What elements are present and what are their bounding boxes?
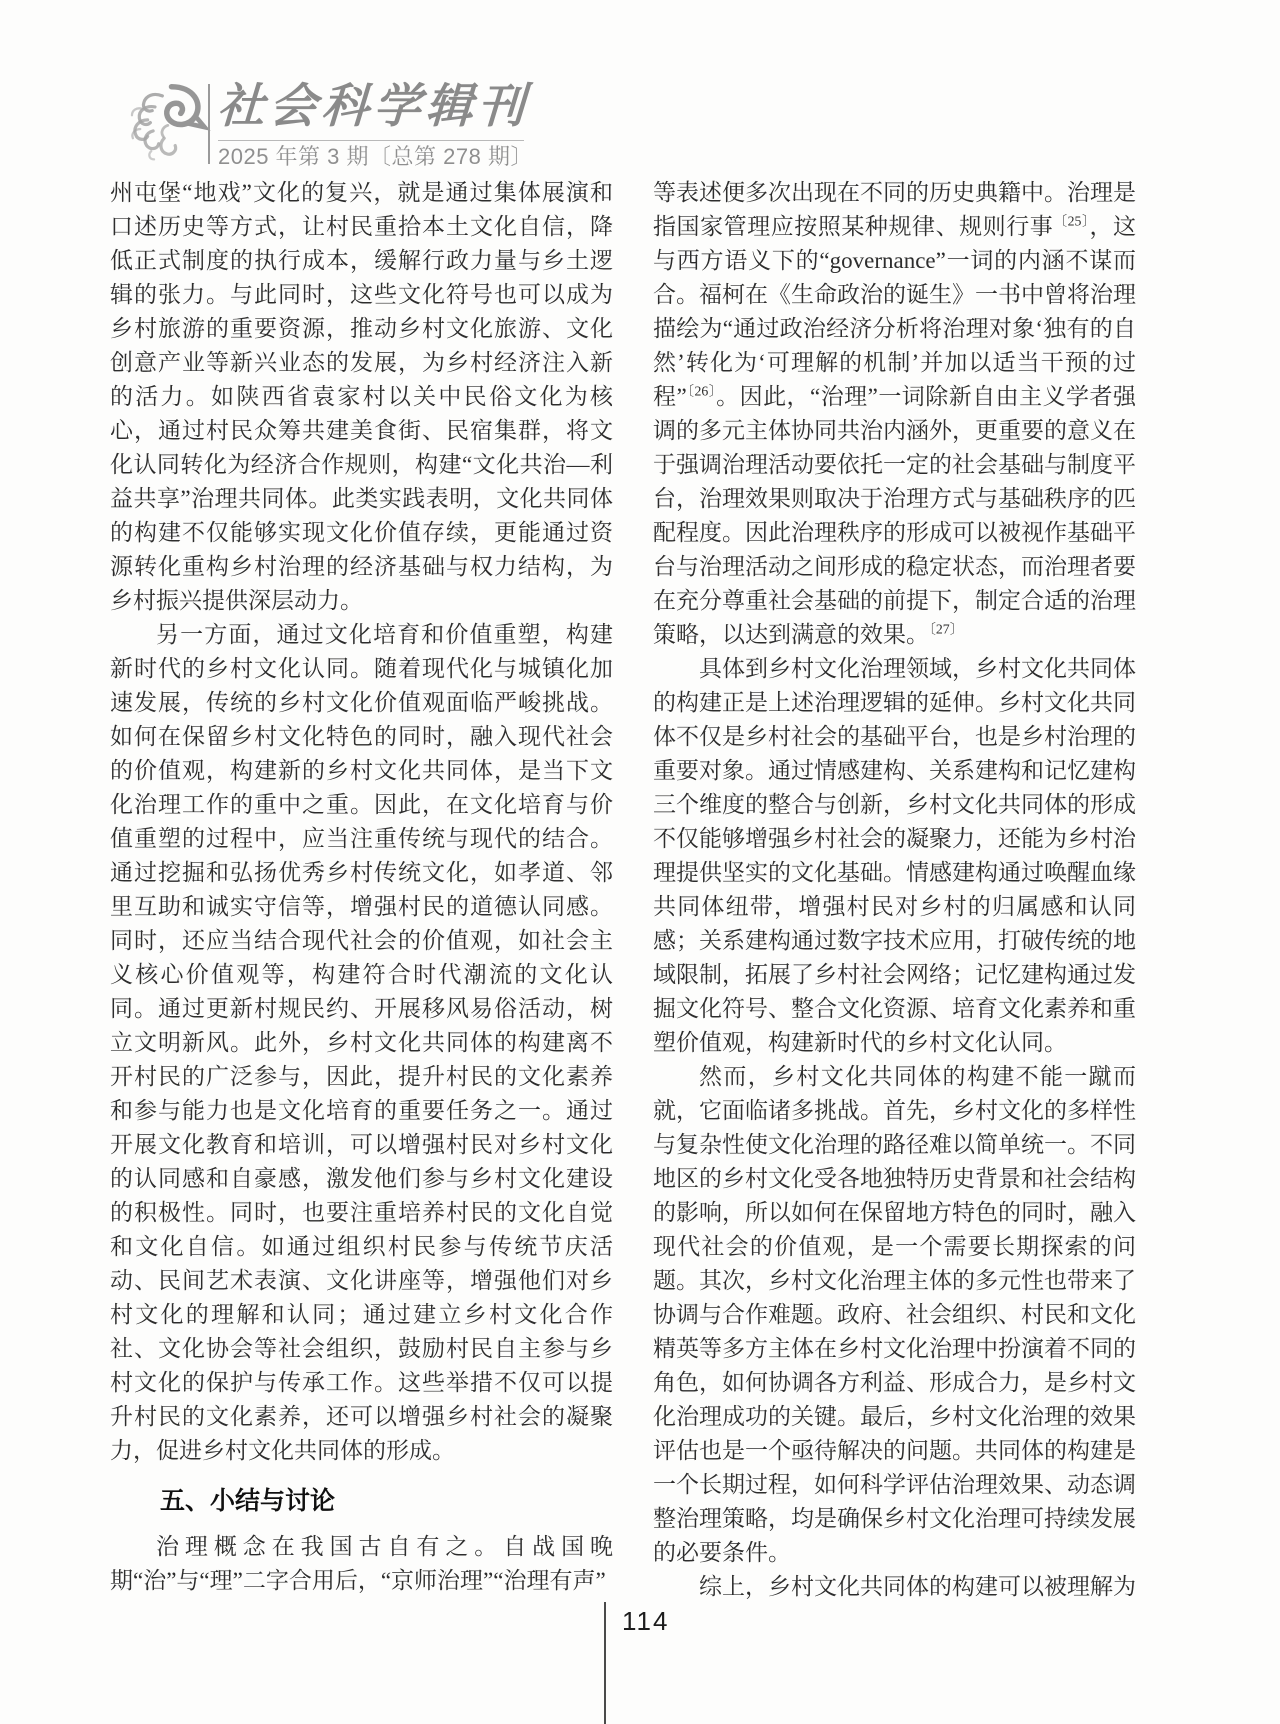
citation-ref: 〔26〕 bbox=[687, 383, 716, 398]
paragraph: 综上，乡村文化共同体的构建可以被理解为 bbox=[653, 1570, 1136, 1604]
citation-ref: 〔27〕 bbox=[929, 621, 964, 636]
page-number: 114 bbox=[622, 1606, 669, 1637]
issue-info: 2025 年第 3 期〔总第 278 期〕 bbox=[218, 144, 533, 170]
journal-title-block: 社会科学辑刊 2025 年第 3 期〔总第 278 期〕 bbox=[218, 62, 533, 170]
journal-page: 社会科学辑刊 2025 年第 3 期〔总第 278 期〕 州屯堡“地戏”文化的复… bbox=[0, 0, 1280, 1724]
section-heading: 五、小结与讨论 bbox=[110, 1484, 613, 1518]
right-column: 等表述便多次出现在不同的历史典籍中。治理是指国家管理应按照某种规律、规则行事〔2… bbox=[653, 176, 1136, 1604]
paragraph: 州屯堡“地戏”文化的复兴，就是通过集体展演和口述历史等方式，让村民重拾本土文化自… bbox=[110, 176, 613, 618]
header-divider bbox=[208, 84, 210, 164]
left-column: 州屯堡“地戏”文化的复兴，就是通过集体展演和口述历史等方式，让村民重拾本土文化自… bbox=[110, 176, 613, 1604]
journal-header: 社会科学辑刊 2025 年第 3 期〔总第 278 期〕 bbox=[112, 62, 632, 172]
paragraph: 治理概念在我国古自有之。自战国晚期“治”与“理”二字合用后，“京师治理”“治理有… bbox=[110, 1530, 613, 1598]
paragraph: 等表述便多次出现在不同的历史典籍中。治理是指国家管理应按照某种规律、规则行事〔2… bbox=[653, 176, 1136, 652]
paragraph: 另一方面，通过文化培育和价值重塑，构建新时代的乡村文化认同。随着现代化与城镇化加… bbox=[110, 618, 613, 1468]
phoenix-logo-icon bbox=[120, 70, 212, 166]
title-rule bbox=[218, 140, 524, 141]
footer-divider bbox=[604, 1602, 606, 1724]
citation-ref: 〔25〕 bbox=[1053, 213, 1089, 228]
article-body: 州屯堡“地戏”文化的复兴，就是通过集体展演和口述历史等方式，让村民重拾本土文化自… bbox=[110, 176, 1136, 1604]
journal-title: 社会科学辑刊 bbox=[216, 62, 535, 136]
paragraph: 具体到乡村文化治理领域，乡村文化共同体的构建正是上述治理逻辑的延伸。乡村文化共同… bbox=[653, 652, 1136, 1060]
paragraph: 然而，乡村文化共同体的构建不能一蹴而就，它面临诸多挑战。首先，乡村文化的多样性与… bbox=[653, 1060, 1136, 1570]
